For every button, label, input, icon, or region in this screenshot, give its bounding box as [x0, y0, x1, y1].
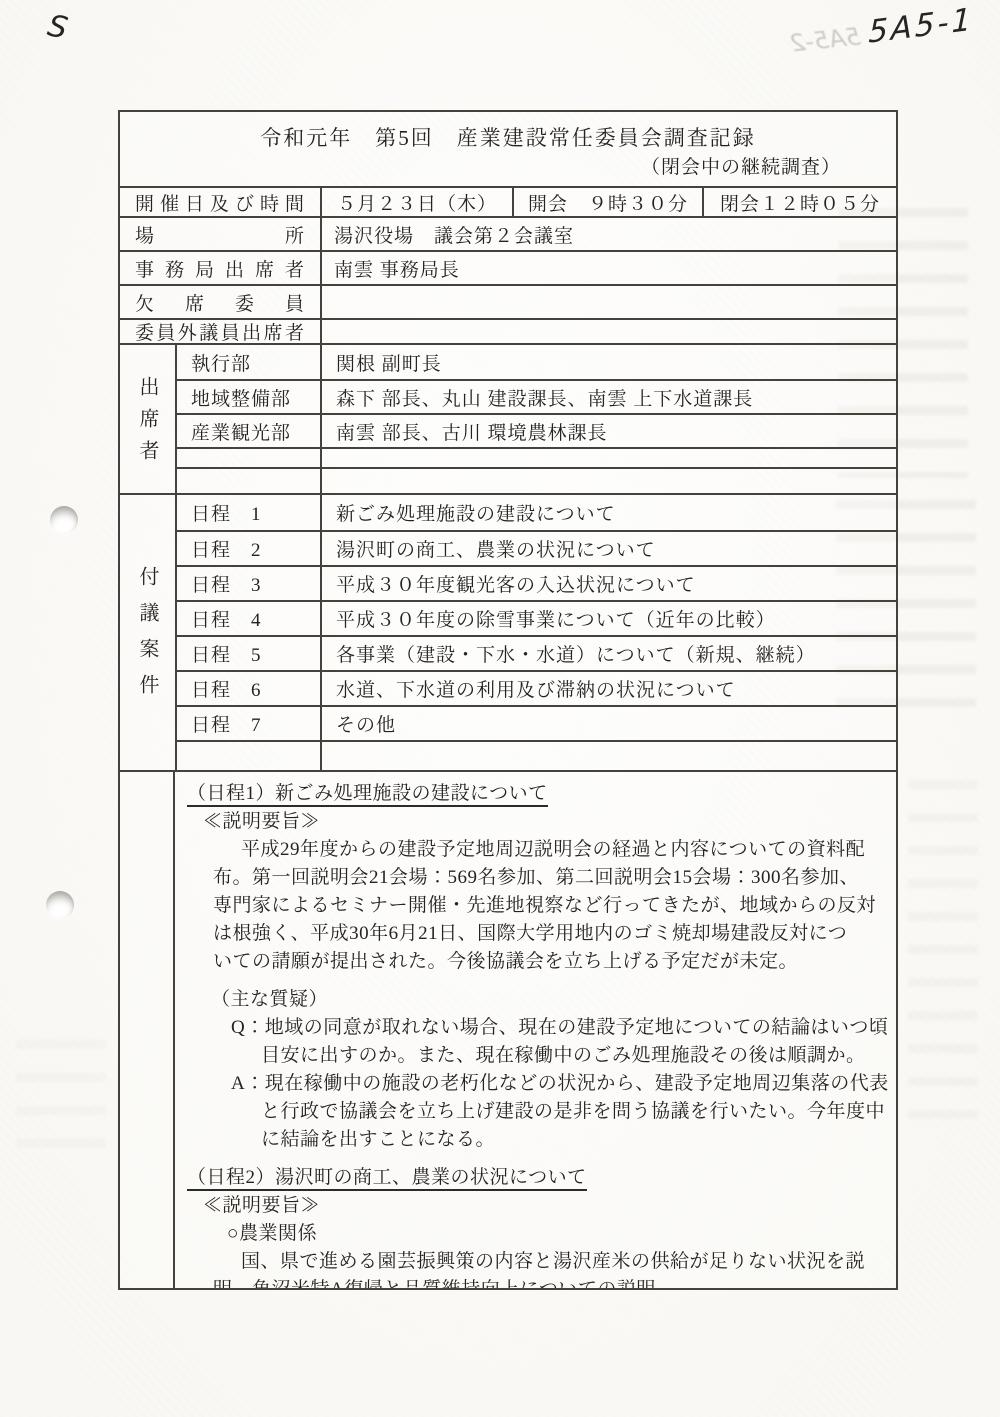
agenda-no: 日程 1	[177, 495, 320, 530]
agenda-no: 日程 4	[177, 602, 320, 635]
scanned-document-page: S 5A5-2 5A5-1 令和元年 第5回 産業建設常任委員会調査記録 （閉会…	[0, 0, 1000, 1417]
place-label: 場所	[120, 221, 320, 248]
punch-hole-top	[50, 506, 78, 534]
attendee-names: 南雲 部長、古川 環境農林課長	[320, 415, 896, 447]
handwritten-mark-left: S	[45, 8, 71, 46]
row-datetime: 開催日及び時間 ５月２３日（木） 開会 ９時３０分 閉会１２時０５分	[120, 186, 896, 216]
section1-paragraph-line: 平成29年度からの建設予定地周辺説明会の経過と内容についての資料配	[175, 836, 896, 864]
section1-qa-label: （主な質疑）	[175, 986, 896, 1014]
attendee-names: 森下 部長、丸山 建設課長、南雲 上下水道課長	[320, 381, 896, 413]
attendee-names	[320, 449, 896, 467]
absent-label: 欠席委員	[120, 289, 320, 316]
bleedthrough-smudge	[16, 1040, 106, 1160]
row-nonmember-attendees: 委員外議員出席者	[120, 318, 896, 343]
attendees-group: 出席者 執行部 関根 副町長 地域整備部 森下 部長、丸山 建設課長、南雲 上下…	[120, 343, 896, 493]
agenda-title: 各事業（建設・下水・水道）について（新規、継続）	[320, 637, 896, 670]
row-secretariat: 事務局出席者 南雲 事務局長	[120, 250, 896, 284]
section1-question-line: 目安に出すのか。また、現在稼働中のごみ処理施設その後は順調か。	[175, 1042, 896, 1070]
section1-answer-line: と行政で協議会を立ち上げ建設の是非を問う協議を行いたい。今年度中	[175, 1098, 896, 1126]
section2-summary-label: ≪説明要旨≫	[175, 1192, 896, 1220]
absent-value	[320, 286, 896, 318]
punch-hole-bottom	[46, 891, 74, 919]
attendee-row-empty	[177, 467, 896, 493]
agenda-item: 日程 3 平成３０年度観光客の入込状況について	[177, 565, 896, 600]
attendee-dept: 執行部	[177, 345, 320, 379]
agenda-title: 湯沢町の商工、農業の状況について	[320, 532, 896, 565]
section1-question-line: Q：地域の同意が取れない場合、現在の建設予定地についての結論はいつ頃	[175, 1014, 896, 1042]
close-time: 閉会１２時０５分	[702, 188, 896, 216]
row-place: 場所 湯沢役場 議会第２会議室	[120, 216, 896, 250]
minutes-left-margin	[120, 772, 175, 1288]
section1-answer-line: A：現在稼働中の施設の老朽化などの状況から、建設予定地周辺集落の代表	[175, 1070, 896, 1098]
attendee-dept: 産業観光部	[177, 415, 320, 447]
row-absent-members: 欠席委員	[120, 284, 896, 318]
agenda-title: 水道、下水道の利用及び滞納の状況について	[320, 672, 896, 705]
agenda-title: 平成３０年度の除雪事業について（近年の比較）	[320, 602, 896, 635]
section1-paragraph-line: は根強く、平成30年6月21日、国際大学用地内のゴミ焼却場建設反対につ	[175, 920, 896, 948]
attendee-row-empty	[177, 447, 896, 467]
secretariat-label: 事務局出席者	[120, 255, 320, 282]
meeting-record-table: 令和元年 第5回 産業建設常任委員会調査記録 （閉会中の継続調査） 開催日及び時…	[118, 110, 898, 1290]
agenda-group-label: 付議案件	[120, 495, 175, 770]
section2-sub-label: ○農業関係	[175, 1220, 896, 1248]
agenda-item-empty	[177, 740, 896, 770]
attendee-dept	[177, 469, 320, 493]
nonmember-label: 委員外議員出席者	[120, 318, 320, 345]
attendee-names	[320, 469, 896, 493]
secretariat-value: 南雲 事務局長	[320, 252, 896, 284]
section2-paragraph-line: 明。魚沼米特A復帰と品質維持向上についての説明。	[175, 1276, 896, 1288]
agenda-title: その他	[320, 707, 896, 740]
bleedthrough-smudge	[908, 780, 978, 1140]
agenda-no: 日程 7	[177, 707, 320, 740]
section2-paragraph-line: 国、県で進める園芸振興策の内容と湯沢産米の供給が足りない状況を説	[175, 1248, 896, 1276]
section1-paragraph-line: 専門家によるセミナー開催・先進地視察など行ってきたが、地域からの反対	[175, 892, 896, 920]
section2-heading: （日程2）湯沢町の商工、農業の状況について	[187, 1167, 587, 1191]
meeting-date: ５月２３日（木）	[320, 188, 512, 216]
agenda-item: 日程 4 平成３０年度の除雪事業について（近年の比較）	[177, 600, 896, 635]
agenda-no: 日程 5	[177, 637, 320, 670]
agenda-title: 平成３０年度観光客の入込状況について	[320, 567, 896, 600]
agenda-group: 付議案件 日程 1 新ごみ処理施設の建設について 日程 2 湯沢町の商工、農業の…	[120, 493, 896, 770]
attendee-row: 地域整備部 森下 部長、丸山 建設課長、南雲 上下水道課長	[177, 379, 896, 413]
attendee-row: 執行部 関根 副町長	[177, 345, 896, 379]
agenda-item: 日程 6 水道、下水道の利用及び滞納の状況について	[177, 670, 896, 705]
agenda-item: 日程 7 その他	[177, 705, 896, 740]
nonmember-value	[320, 320, 896, 343]
title-block: 令和元年 第5回 産業建設常任委員会調査記録 （閉会中の継続調査）	[120, 112, 896, 186]
handwritten-document-code: 5A5-1	[868, 1, 974, 50]
document-subtitle: （閉会中の継続調査）	[120, 152, 896, 179]
attendee-row: 産業観光部 南雲 部長、古川 環境農林課長	[177, 413, 896, 447]
agenda-item: 日程 5 各事業（建設・下水・水道）について（新規、継続）	[177, 635, 896, 670]
agenda-no: 日程 2	[177, 532, 320, 565]
agenda-title: 新ごみ処理施設の建設について	[320, 495, 896, 530]
bleedthrough-code: 5A5-2	[789, 22, 862, 57]
section1-answer-line: に結論を出すことになる。	[175, 1126, 896, 1154]
open-time: 開会 ９時３０分	[512, 188, 702, 216]
section1-summary-label: ≪説明要旨≫	[175, 808, 896, 836]
minutes-body: （日程1）新ごみ処理施設の建設について ≪説明要旨≫ 平成29年度からの建設予定…	[120, 770, 896, 1288]
agenda-no: 日程 6	[177, 672, 320, 705]
agenda-no: 日程 3	[177, 567, 320, 600]
attendee-dept	[177, 449, 320, 467]
datetime-label: 開催日及び時間	[120, 189, 320, 216]
place-value: 湯沢役場 議会第２会議室	[320, 218, 896, 250]
agenda-item: 日程 2 湯沢町の商工、農業の状況について	[177, 530, 896, 565]
section1-paragraph-line: 布。第一回説明会21会場：569名参加、第二回説明会15会場：300名参加、	[175, 864, 896, 892]
attendee-names: 関根 副町長	[320, 345, 896, 379]
section1-paragraph-line: いての請願が提出された。今後協議会を立ち上げる予定だが未定。	[175, 948, 896, 976]
attendee-dept: 地域整備部	[177, 381, 320, 413]
agenda-item: 日程 1 新ごみ処理施設の建設について	[177, 495, 896, 530]
document-title: 令和元年 第5回 産業建設常任委員会調査記録	[120, 122, 896, 152]
agenda-title	[320, 742, 896, 770]
attendees-group-label: 出席者	[120, 345, 175, 493]
agenda-no	[177, 742, 320, 770]
section1-heading: （日程1）新ごみ処理施設の建設について	[187, 783, 548, 807]
